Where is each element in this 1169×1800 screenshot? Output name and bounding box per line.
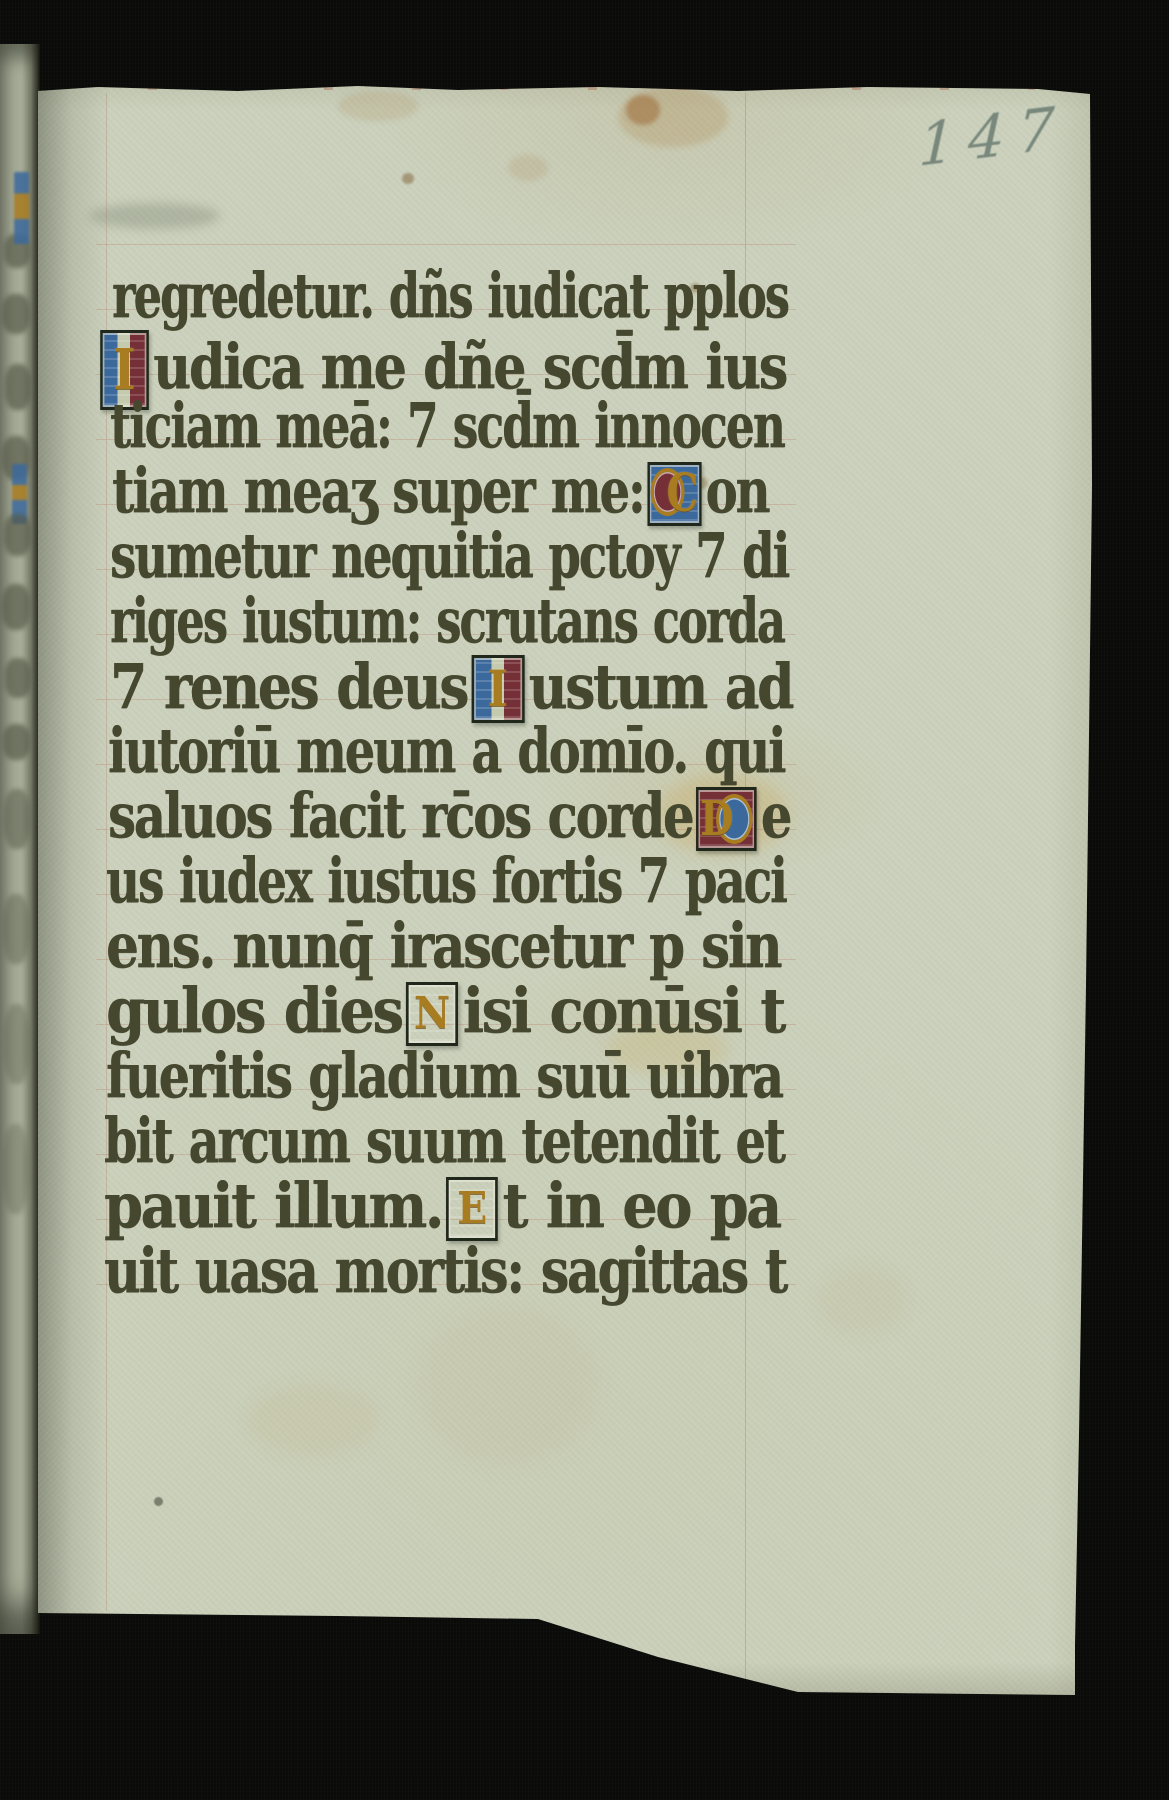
- text-run: on: [705, 454, 768, 527]
- stain: [626, 95, 660, 125]
- text-line: 7 renes deusIustum ad: [110, 655, 792, 723]
- text-run: gulos dies: [106, 974, 402, 1047]
- facing-initial-mark: [14, 172, 29, 244]
- facing-text-smudge: [4, 1004, 29, 1084]
- text-line: tiam meaʒ super me:Con: [112, 460, 768, 526]
- stain: [508, 155, 548, 181]
- text-run: fueritis gladium suū uibra: [106, 1039, 782, 1112]
- facing-text-smudge: [5, 658, 31, 698]
- illuminated-initial-c: C: [648, 462, 702, 526]
- stain: [402, 173, 414, 184]
- text-run: ticiam meā: 7 scd̄m innocen: [110, 389, 784, 462]
- text-line: riges iustum: scrutans corda: [110, 590, 784, 652]
- facing-text-smudge: [2, 584, 30, 630]
- stain: [90, 203, 220, 229]
- text-run: e: [761, 779, 790, 852]
- facing-text-smudge: [3, 1124, 28, 1214]
- stain: [154, 1497, 163, 1506]
- text-run: pauit illum.: [104, 1169, 442, 1242]
- stain: [248, 1385, 378, 1455]
- text-line: sumetur nequitia pctoy 7 di: [110, 525, 788, 587]
- initial-letter: C: [650, 465, 699, 523]
- text-run: ustum ad: [529, 650, 792, 723]
- page-top-edge-tint: [148, 85, 1035, 90]
- text-run: bit arcum suum tetendit et: [104, 1104, 784, 1177]
- text-run: sumetur nequitia pctoy 7 di: [110, 519, 788, 592]
- facing-text-smudge: [5, 364, 31, 410]
- text-run: tiam meaʒ super me:: [112, 454, 644, 527]
- text-line: us iudex iustus fortis 7 paci: [106, 850, 786, 912]
- facing-text-smudge: [3, 724, 30, 760]
- text-line: saluos facit rc̄os cordeDe: [108, 785, 790, 851]
- horizontal-ruling: [96, 244, 796, 245]
- text-line: gulos diesNisi conūsi t: [106, 980, 784, 1046]
- text-run: iutoriū meum a domīo. qui: [108, 714, 784, 787]
- initial-letter: E: [449, 1180, 495, 1238]
- text-run: 7 renes deus: [110, 650, 467, 723]
- text-run: uit uasa mortis: sagittas t: [104, 1234, 786, 1307]
- text-line: ens. nunq̄ irascetur p sin: [106, 915, 780, 977]
- initial-letter: N: [409, 985, 456, 1043]
- manuscript-page: 147 regredetur. dñs iudicat pplosIudica …: [38, 85, 1095, 1698]
- facing-page-edge: [0, 44, 40, 1634]
- text-run: ens. nunq̄ irascetur p sin: [106, 909, 780, 982]
- text-line: iutoriū meum a domīo. qui: [108, 720, 784, 782]
- photograph-scene: 147 regredetur. dñs iudicat pplosIudica …: [0, 0, 1169, 1800]
- stain: [418, 1305, 598, 1465]
- illuminated-initial-n: N: [406, 982, 458, 1046]
- initial-letter: D: [699, 790, 755, 848]
- illuminated-initial-i: I: [471, 655, 524, 723]
- text-line: uit uasa mortis: sagittas t: [104, 1240, 786, 1302]
- folio-number: 147: [918, 93, 1109, 175]
- text-run: saluos facit rc̄os corde: [108, 779, 692, 852]
- text-run: riges iustum: scrutans corda: [110, 584, 784, 657]
- text-line: fueritis gladium suū uibra: [106, 1045, 782, 1107]
- text-run: regredetur. dñs iudicat pplos: [112, 259, 788, 332]
- stain: [338, 91, 418, 121]
- illuminated-initial-d: D: [696, 787, 756, 851]
- facing-text-smudge: [4, 789, 30, 849]
- facing-text-smudge: [4, 514, 31, 556]
- text-line: ticiam meā: 7 scd̄m innocen: [110, 395, 784, 457]
- initial-letter: I: [474, 658, 522, 720]
- text-run: us iudex iustus fortis 7 paci: [106, 844, 786, 917]
- facing-text-smudge: [2, 294, 30, 334]
- illuminated-initial-e: E: [446, 1177, 498, 1241]
- text-line: regredetur. dñs iudicat pplos: [112, 265, 788, 327]
- text-line: bit arcum suum tetendit et: [104, 1110, 784, 1172]
- stain: [818, 1265, 908, 1335]
- facing-text-smudge: [3, 894, 29, 964]
- text-run: isi conūsi t: [463, 974, 784, 1047]
- text-run: t in eo pa: [503, 1169, 780, 1242]
- text-line: pauit illum.Et in eo pa: [104, 1175, 780, 1241]
